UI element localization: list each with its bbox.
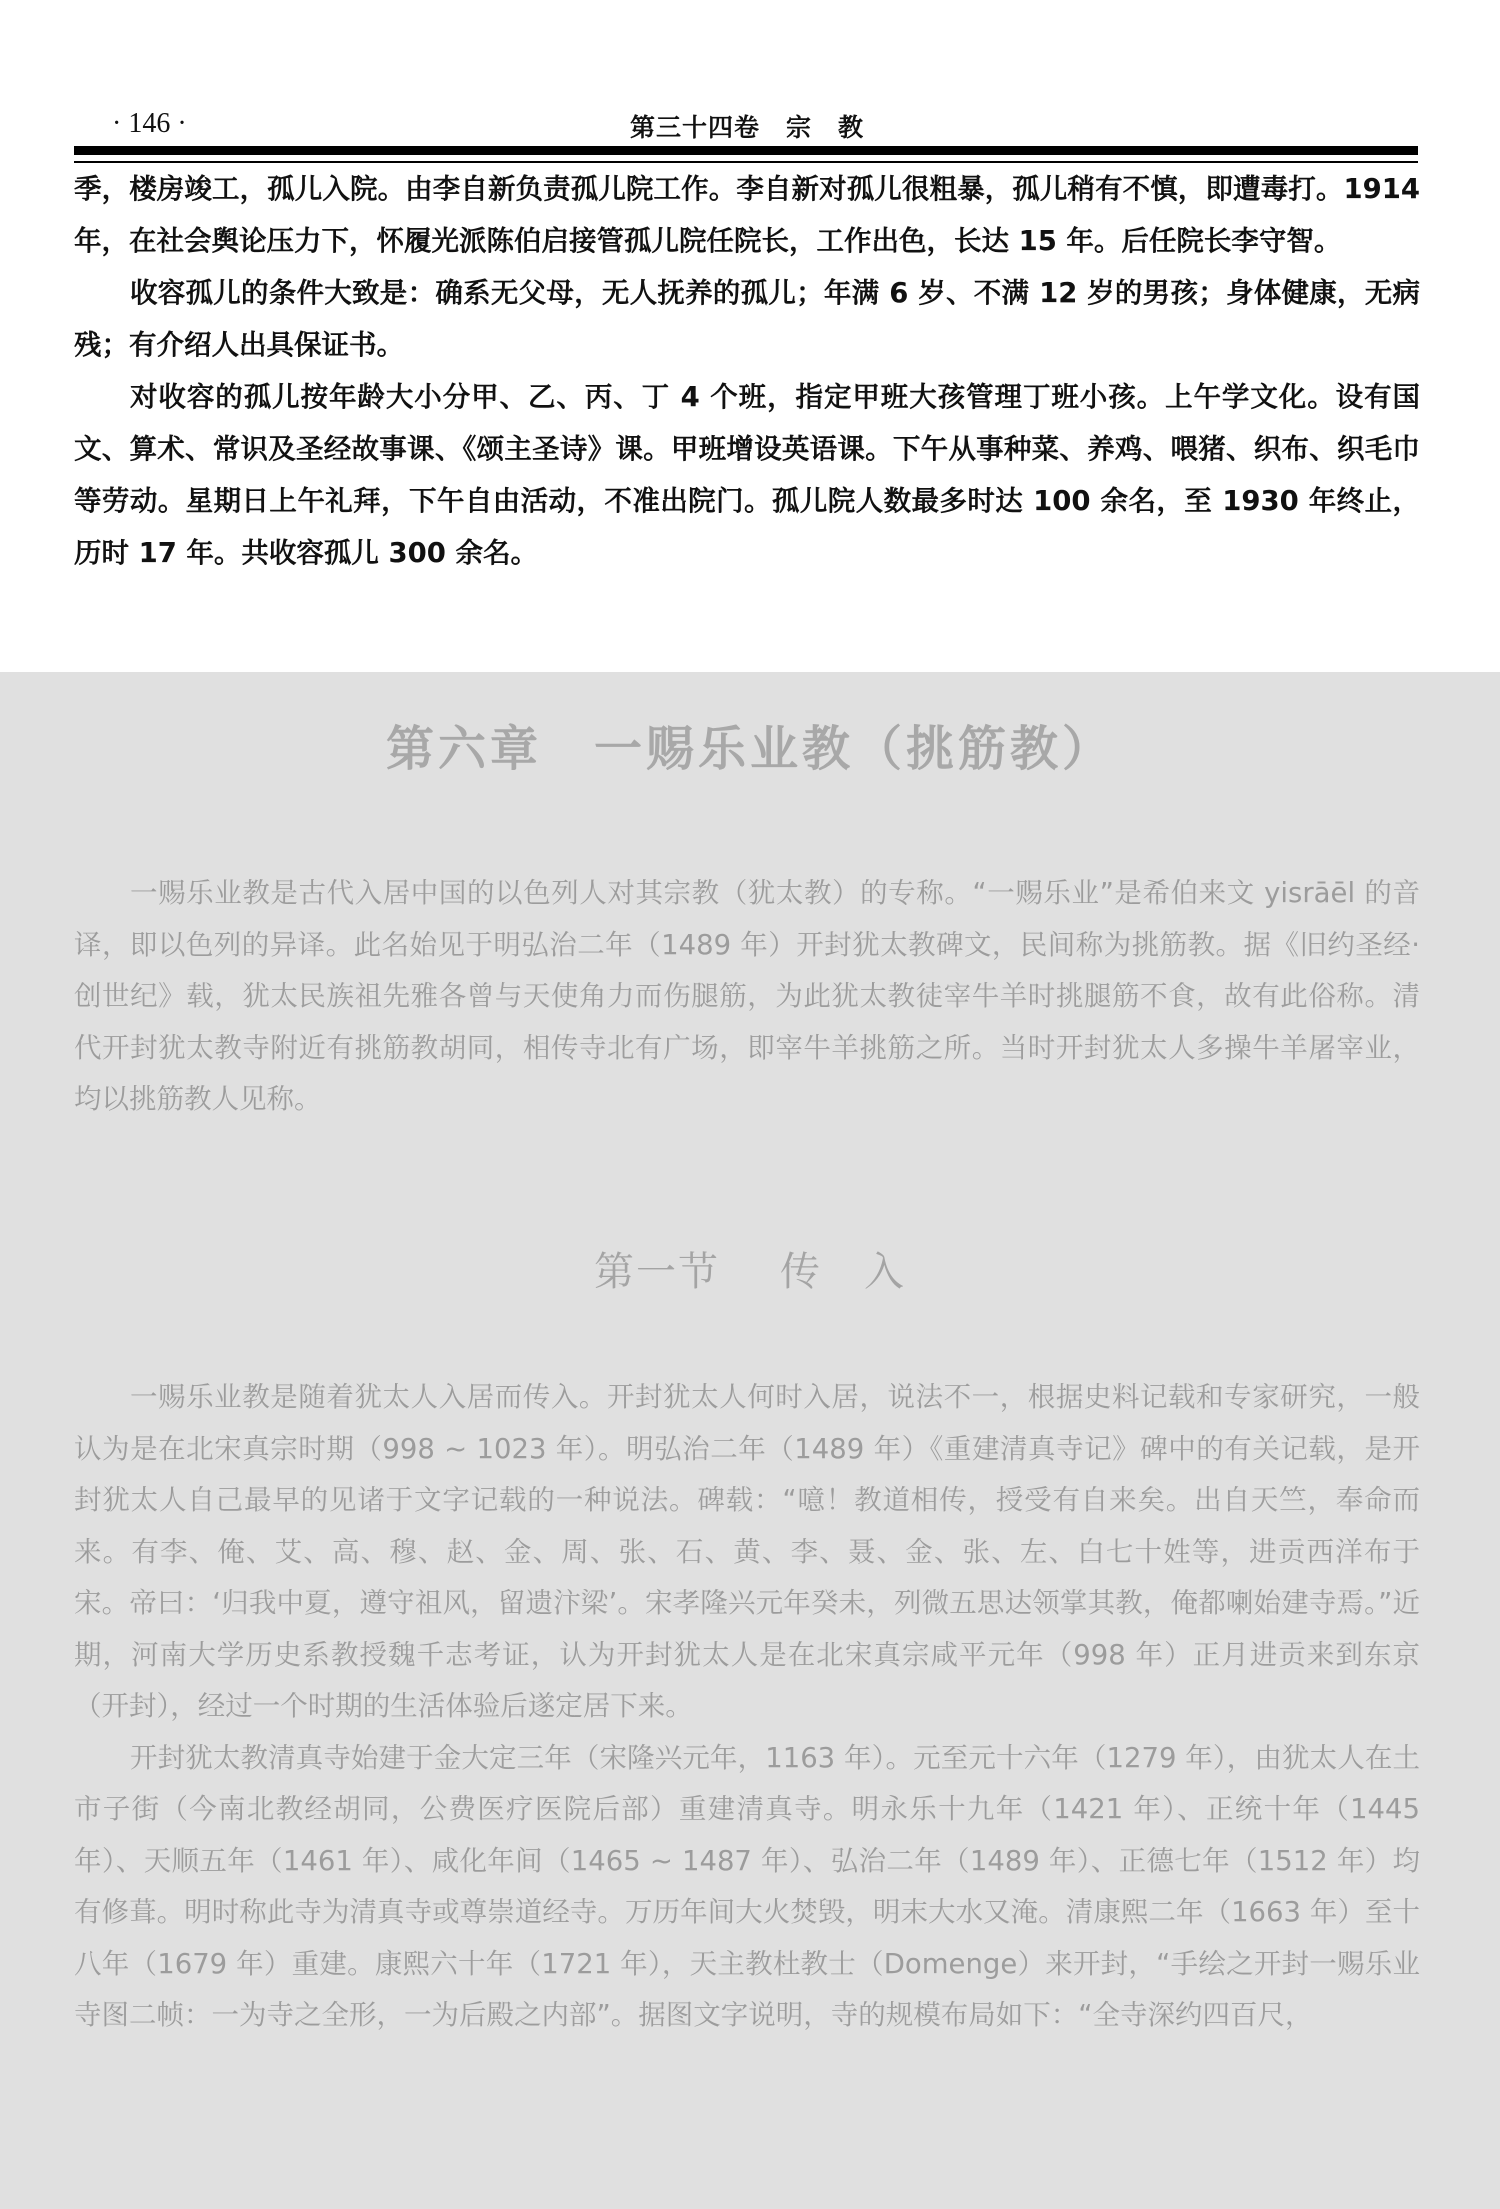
section-body-text: 一赐乐业教是随着犹太人入居而传入。开封犹太人何时入居，说法不一，根据史料记载和专… [74, 1372, 1420, 2042]
paragraph: 季，楼房竣工，孤儿入院。由李自新负责孤儿院工作。李自新对孤儿很粗暴，孤儿稍有不慎… [74, 163, 1420, 267]
section-number: 第一节 [594, 1249, 720, 1295]
header-rule-thick [74, 146, 1418, 155]
chapter-title: 第六章 一赐乐业教（挑筋教） [0, 710, 1500, 779]
running-title: 第三十四卷 宗 教 [76, 108, 1418, 144]
paragraph: 对收容的孤儿按年龄大小分甲、乙、丙、丁 4 个班，指定甲班大孩管理丁班小孩。上午… [74, 371, 1420, 579]
upper-section-text: 季，楼房竣工，孤儿入院。由李自新负责孤儿院工作。李自新对孤儿很粗暴，孤儿稍有不慎… [74, 163, 1420, 579]
paragraph: 收容孤儿的条件大致是：确系无父母，无人抚养的孤儿；年满 6 岁、不满 12 岁的… [74, 267, 1420, 371]
paragraph: 开封犹太教清真寺始建于金大定三年（宋隆兴元年，1163 年）。元至元十六年（12… [74, 1733, 1420, 2042]
chapter-intro-text: 一赐乐业教是古代入居中国的以色列人对其宗教（犹太教）的专称。“一赐乐业”是希伯来… [74, 868, 1420, 1126]
paragraph: 一赐乐业教是古代入居中国的以色列人对其宗教（犹太教）的专称。“一赐乐业”是希伯来… [74, 868, 1420, 1126]
section-name: 传 入 [780, 1249, 906, 1295]
section-title: 第一节传 入 [0, 1240, 1500, 1297]
running-head: · 146 · 第三十四卷 宗 教 [76, 104, 1418, 144]
paragraph: 一赐乐业教是随着犹太人入居而传入。开封犹太人何时入居，说法不一，根据史料记载和专… [74, 1372, 1420, 1733]
